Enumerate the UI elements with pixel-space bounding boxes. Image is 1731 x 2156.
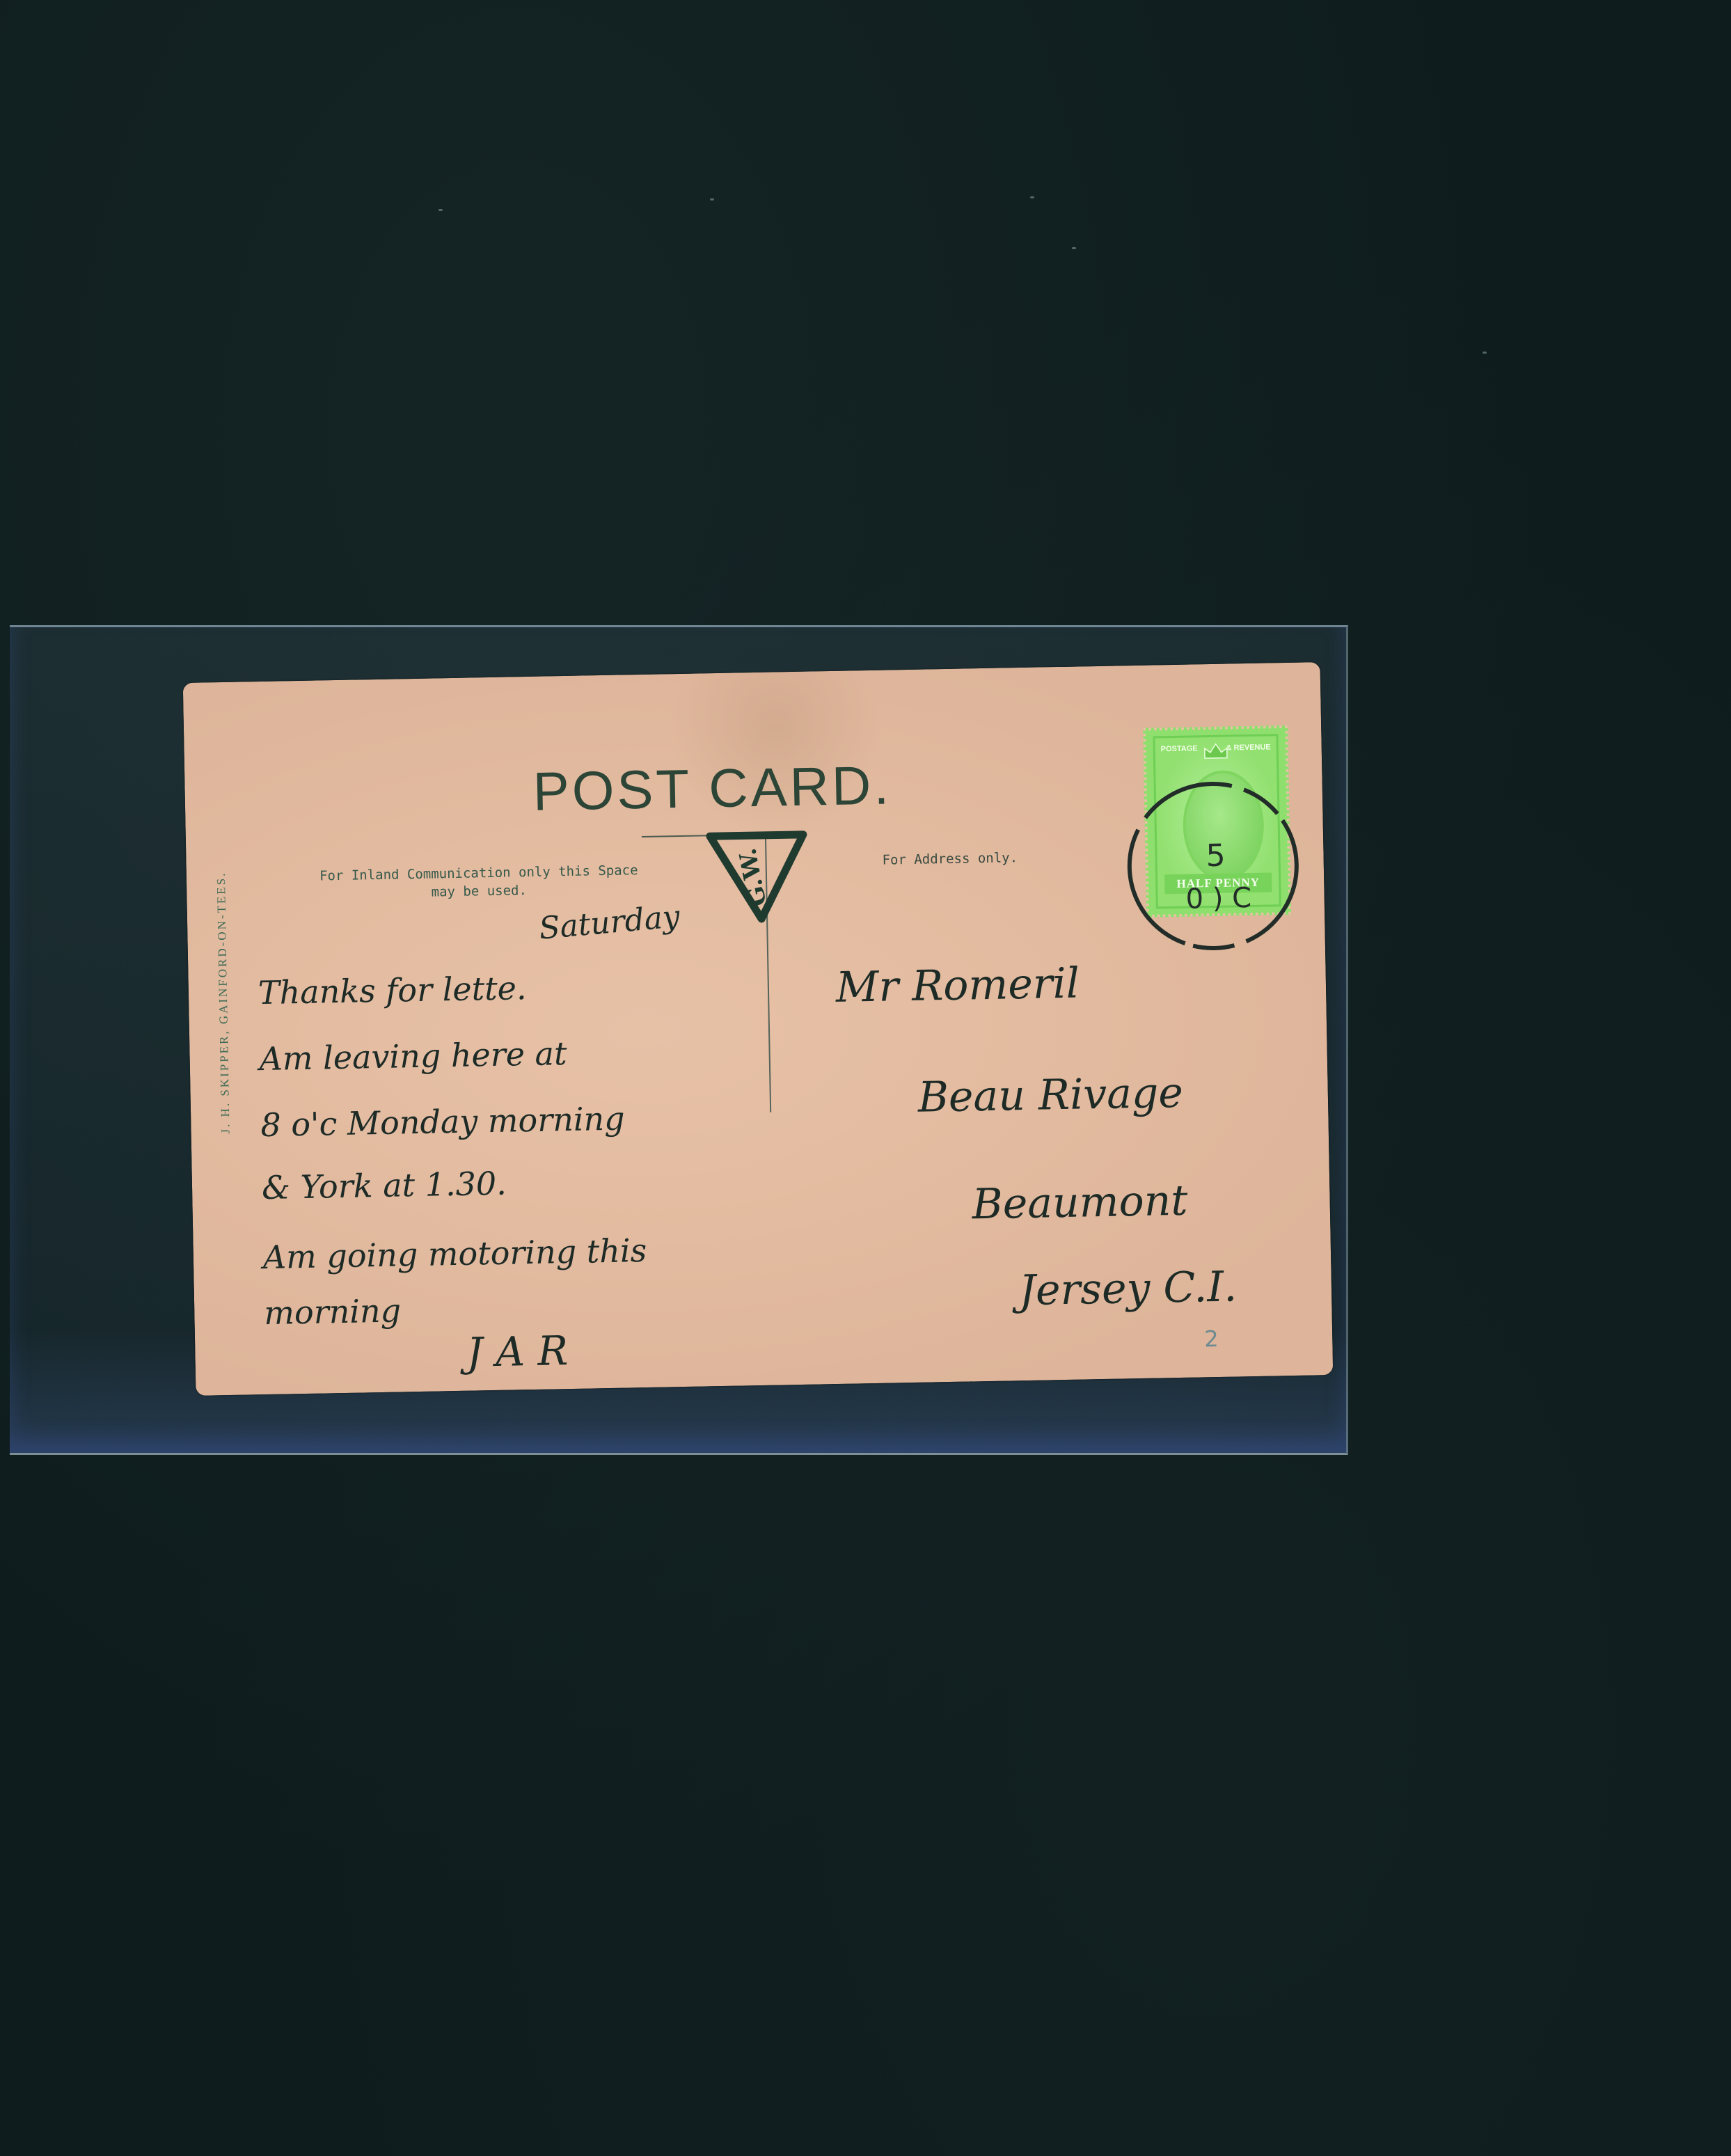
message-line: morning — [264, 1291, 402, 1332]
king-portrait — [1182, 770, 1265, 881]
stamp-revenue-label: & REVENUE — [1226, 743, 1270, 752]
postcard-title: POST CARD. — [532, 753, 892, 823]
pencil-annotation: 2 — [1204, 1325, 1219, 1352]
postcard-back: POST CARD. For Inland Communication only… — [183, 662, 1333, 1396]
message-line: & York at 1.30. — [262, 1165, 507, 1206]
stamp-postage-label: POSTAGE — [1161, 744, 1198, 753]
publisher-imprint: J. H. SKIPPER, GAINFORD-ON-TEES. — [213, 808, 234, 1197]
message-signature: J A R — [466, 1327, 569, 1376]
stamp-value-label: HALF PENNY — [1164, 872, 1272, 894]
address-line-recipient: Mr Romeril — [835, 959, 1080, 1012]
gw-cancel-text: G.W. — [734, 846, 772, 908]
message-line: Thanks for lette. — [258, 969, 526, 1012]
inland-communication-note: For Inland Communication only this Space… — [263, 860, 695, 904]
crown-icon — [1202, 740, 1231, 762]
message-line: Am leaving here at — [259, 1034, 567, 1078]
dust-speck — [1072, 247, 1076, 249]
dark-background: POST CARD. For Inland Communication only… — [0, 0, 1731, 2156]
dust-speck — [1483, 352, 1487, 354]
stamp-frame: POSTAGE & REVENUE HALF PENNY — [1153, 734, 1281, 908]
message-day: Saturday — [537, 899, 681, 947]
address-line-island: Jersey C.I. — [1018, 1262, 1237, 1315]
address-line-house: Beau Rivage — [917, 1069, 1183, 1122]
dust-speck — [1030, 196, 1034, 198]
gw-triangle-cancel-icon: G.W. — [704, 826, 811, 926]
halfpenny-postage-stamp: POSTAGE & REVENUE HALF PENNY — [1143, 725, 1291, 918]
dust-speck — [438, 209, 443, 211]
address-only-note: For Address only. — [882, 850, 1018, 868]
address-line-parish: Beaumont — [972, 1177, 1188, 1229]
message-line: Am going motoring this — [262, 1232, 647, 1276]
message-line: 8 o'c Monday morning — [260, 1100, 625, 1144]
dust-speck — [710, 198, 714, 200]
